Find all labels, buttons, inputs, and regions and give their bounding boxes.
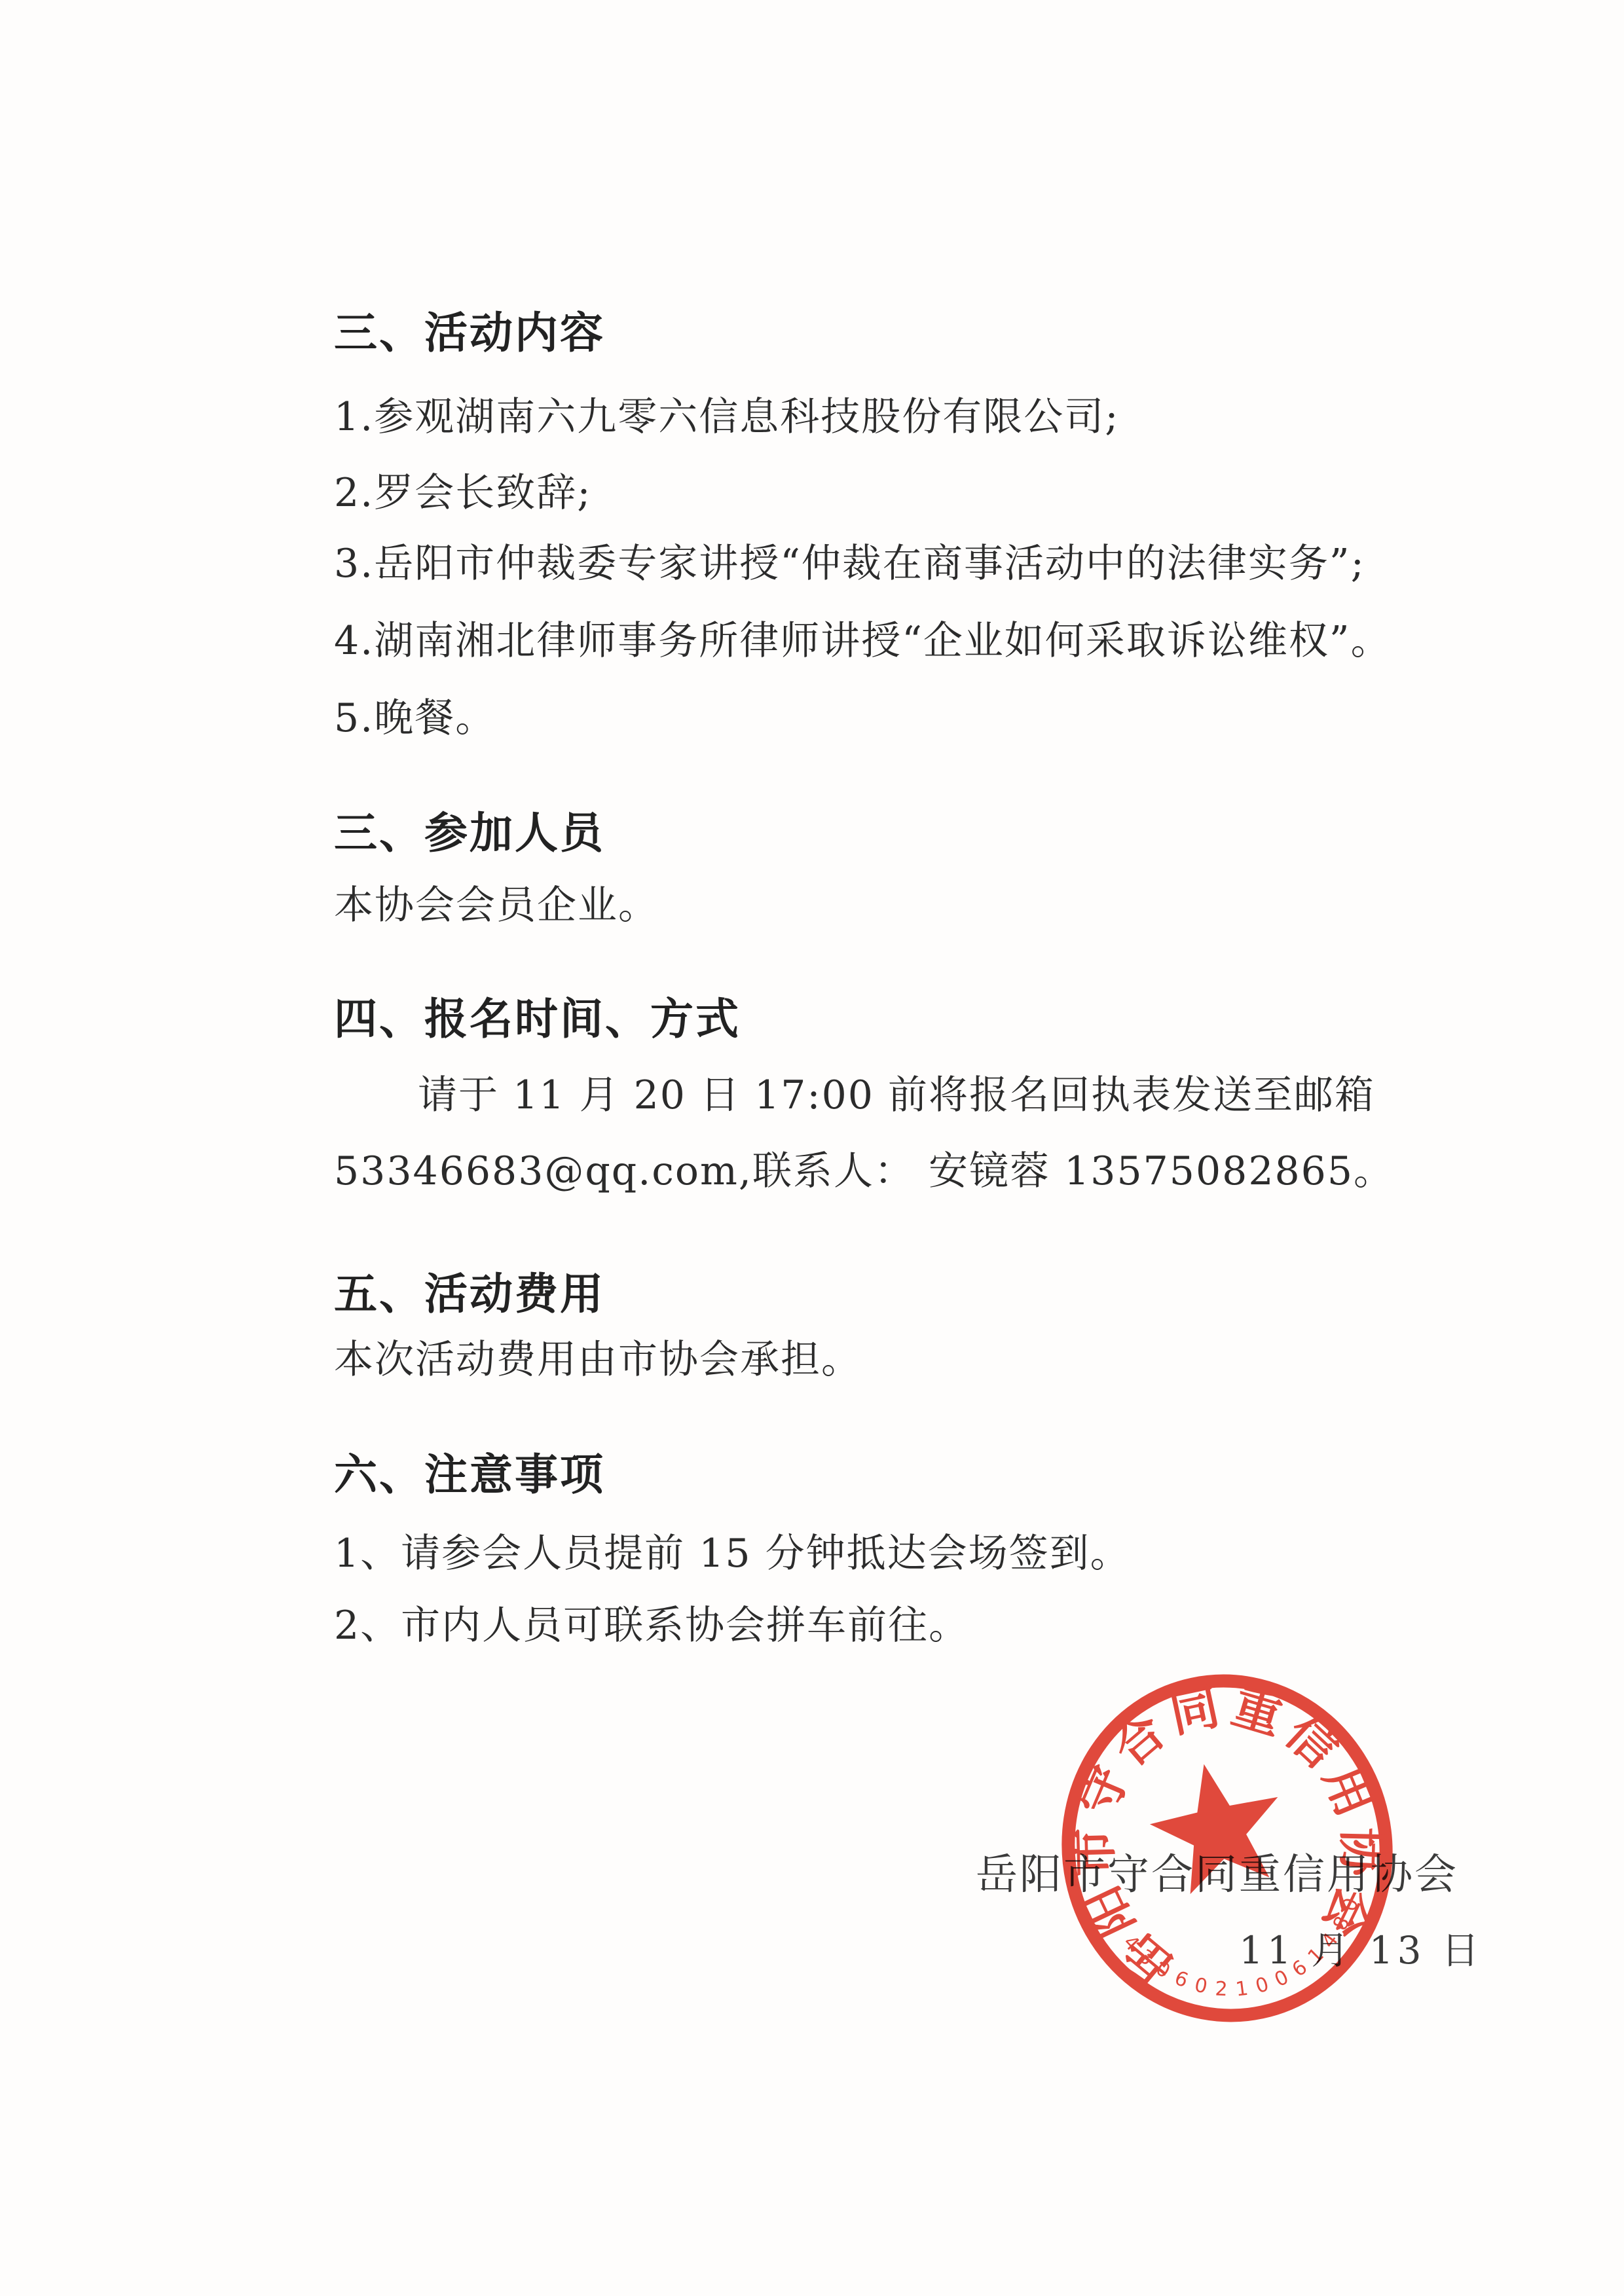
section-heading: 三、活动内容 xyxy=(334,312,605,355)
paragraph-line: 53346683@qq.com,联系人： 安镜蓉 13575082865。 xyxy=(334,1150,1394,1193)
official-seal: 岳阳市守合同重信用协会 43060210061480 xyxy=(1044,1652,1411,2045)
section-heading: 五、活动费用 xyxy=(334,1273,605,1316)
list-item: 2.罗会长致辞; xyxy=(334,471,591,515)
list-item: 4.湖南湘北律师事务所律师讲授“企业如何采取诉讼维权”。 xyxy=(334,619,1392,663)
seal-star-icon xyxy=(1140,1751,1294,1899)
section-heading: 四、报名时间、方式 xyxy=(334,998,741,1041)
list-item: 2、市内人员可联系协会拼车前往。 xyxy=(334,1604,969,1647)
document-page: 三、活动内容 1.参观湖南六九零六信息科技股份有限公司; 2.罗会长致辞; 3.… xyxy=(0,0,1624,2296)
paragraph-line: 请于 11 月 20 日 17:00 前将报名回执表发送至邮箱 xyxy=(334,1074,1375,1117)
list-item: 1.参观湖南六九零六信息科技股份有限公司; xyxy=(334,395,1119,439)
list-item: 1、请参会人员提前 15 分钟抵达会场签到。 xyxy=(334,1532,1131,1575)
paragraph-line: 本协会会员企业。 xyxy=(334,884,659,927)
section-heading: 三、参加人员 xyxy=(334,812,605,855)
section-heading: 六、注意事项 xyxy=(334,1453,605,1497)
list-item: 3.岳阳市仲裁委专家讲授“仲裁在商事活动中的法律实务”; xyxy=(334,542,1365,585)
list-item: 5.晚餐。 xyxy=(334,697,496,740)
paragraph-line: 本次活动费用由市协会承担。 xyxy=(334,1338,862,1381)
